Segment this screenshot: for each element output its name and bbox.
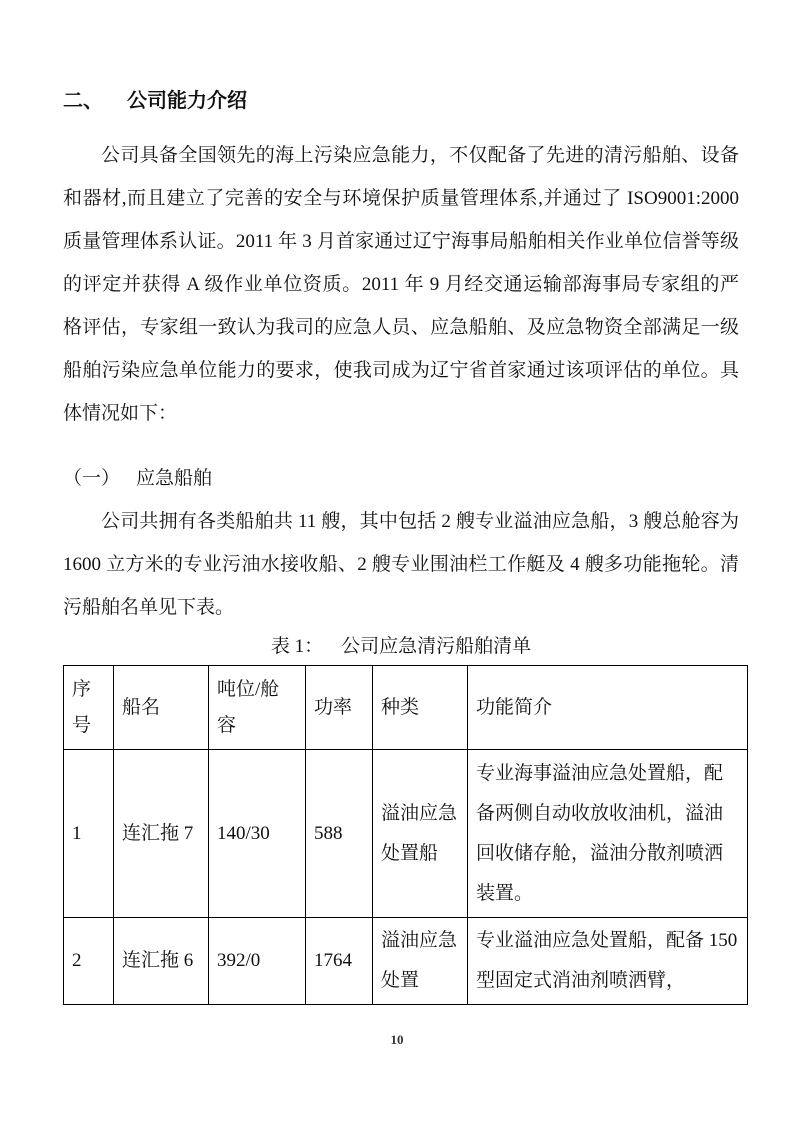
subsection-heading: （一）应急船舶 (63, 457, 739, 500)
table-row: 2 连汇拖 6 392/0 1764 溢油应急处置 专业溢油应急处置船，配备 1… (64, 918, 748, 1005)
fleet-paragraph: 公司共拥有各类船舶共 11 艘，其中包括 2 艘专业溢油应急船，3 艘总舱容为 … (63, 500, 739, 629)
text-line: 公司具备全国领先的海上污染应急能力，不仅配备了先进的清污船舶、设备 (63, 134, 739, 177)
section-heading-text: 公司能力介绍 (127, 90, 247, 112)
column-header-ship-name: 船名 (114, 666, 209, 750)
intro-paragraph: 公司具备全国领先的海上污染应急能力，不仅配备了先进的清污船舶、设备 和器材,而且… (63, 134, 739, 435)
cell-power: 588 (306, 750, 373, 918)
section-heading: 二、公司能力介绍 (63, 88, 739, 114)
text-line: 污船舶名单见下表。 (63, 586, 739, 629)
column-header-type: 种类 (373, 666, 468, 750)
table-header-row: 序号 船名 吨位/舱容 功率 种类 功能简介 (64, 666, 748, 750)
cell-no: 1 (64, 750, 114, 918)
column-header-power: 功率 (306, 666, 373, 750)
text-line: 1600 立方米的专业污油水接收船、2 艘专业围油栏工作艇及 4 艘多功能拖轮。… (63, 543, 739, 586)
cell-ship-name: 连汇拖 6 (114, 918, 209, 1005)
cell-tonnage: 392/0 (209, 918, 306, 1005)
cell-description: 专业海事溢油应急处置船，配备两侧自动收放收油机，溢油回收储存舱，溢油分散剂喷洒装… (468, 750, 748, 918)
text-line: 体情况如下： (63, 392, 739, 435)
text-line: 船舶污染应急单位能力的要求，使我司成为辽宁省首家通过该项评估的单位。具 (63, 349, 739, 392)
cell-power: 1764 (306, 918, 373, 1005)
column-header-no: 序号 (64, 666, 114, 750)
page-number: 10 (0, 1032, 794, 1048)
cell-type: 溢油应急处置 (373, 918, 468, 1005)
cell-no: 2 (64, 918, 114, 1005)
ships-table: 序号 船名 吨位/舱容 功率 种类 功能简介 1 连汇拖 7 140/30 58… (63, 665, 748, 1005)
column-header-description: 功能简介 (468, 666, 748, 750)
cell-tonnage: 140/30 (209, 750, 306, 918)
text-line: 和器材,而且建立了完善的安全与环境保护质量管理体系,并通过了 ISO9001:2… (63, 177, 739, 220)
text-line: 格评估，专家组一致认为我司的应急人员、应急船舶、及应急物资全部满足一级 (63, 306, 739, 349)
column-header-tonnage: 吨位/舱容 (209, 666, 306, 750)
table-caption: 表 1：公司应急清污船舶清单 (63, 629, 739, 665)
document-page: 二、公司能力介绍 公司具备全国领先的海上污染应急能力，不仅配备了先进的清污船舶、… (0, 0, 794, 1123)
table-caption-label: 表 1： (271, 636, 323, 657)
subsection-heading-text: 应急船舶 (136, 468, 212, 489)
text-line: 的评定并获得 A 级作业单位资质。2011 年 9 月经交通运输部海事局专家组的… (63, 263, 739, 306)
table-row: 1 连汇拖 7 140/30 588 溢油应急处置船 专业海事溢油应急处置船，配… (64, 750, 748, 918)
text-line: 质量管理体系认证。2011 年 3 月首家通过辽宁海事局船舶相关作业单位信誉等级 (63, 220, 739, 263)
text-line: 公司共拥有各类船舶共 11 艘，其中包括 2 艘专业溢油应急船，3 艘总舱容为 (63, 500, 739, 543)
cell-ship-name: 连汇拖 7 (114, 750, 209, 918)
table-caption-text: 公司应急清污船舶清单 (341, 636, 531, 657)
cell-type: 溢油应急处置船 (373, 750, 468, 918)
subsection-heading-number: （一） (63, 468, 120, 489)
cell-description: 专业溢油应急处置船，配备 150 型固定式消油剂喷洒臂， (468, 918, 748, 1005)
section-heading-number: 二、 (63, 90, 103, 112)
